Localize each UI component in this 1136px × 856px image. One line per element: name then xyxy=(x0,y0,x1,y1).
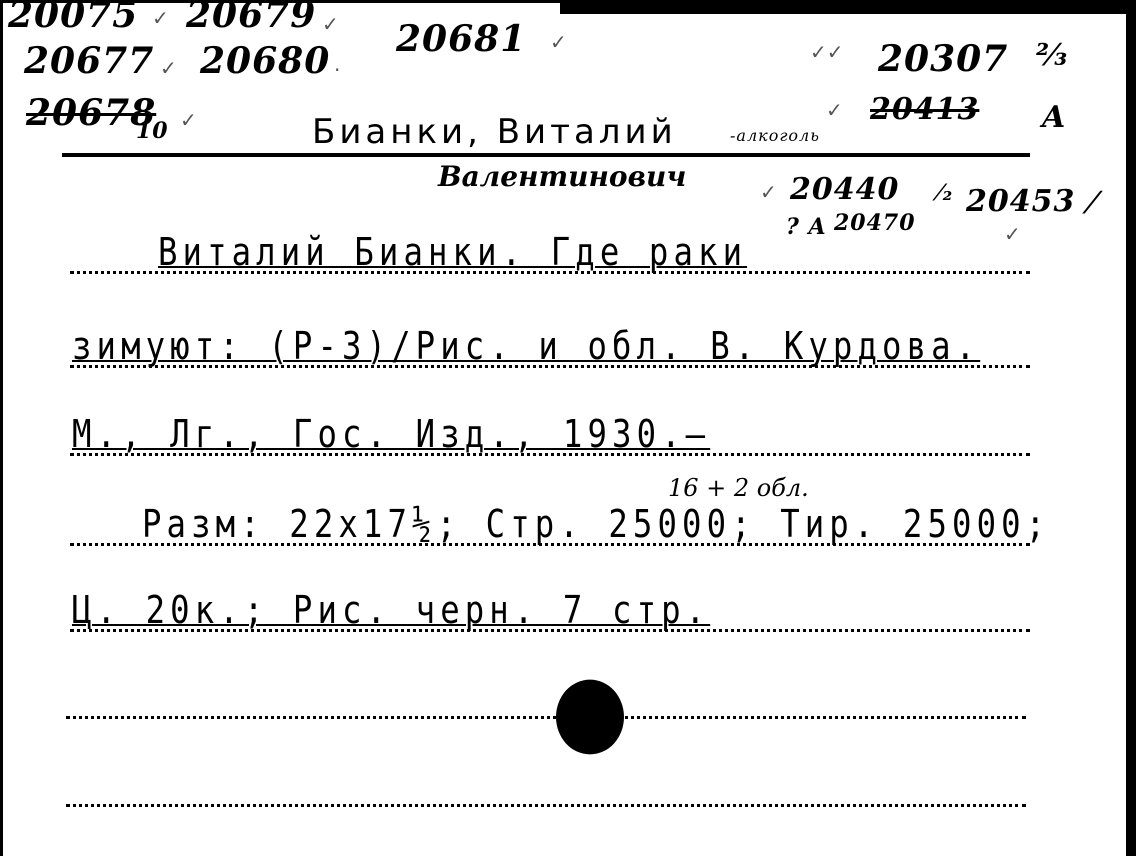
inventory-number: 20307 xyxy=(878,38,1008,80)
inventory-number: 20679 xyxy=(186,0,316,36)
heading-rule xyxy=(62,153,1030,157)
check-mark-icon: ✓✓ xyxy=(810,40,844,64)
catalog-card: 20075 ✓ 20679 ✓ 20681 ✓ 20677 ✓ 20680 · … xyxy=(0,0,1136,856)
inventory-number: 20413 xyxy=(870,92,979,127)
punch-hole xyxy=(556,680,624,755)
blank-dotted-line xyxy=(66,804,1026,807)
author-annotation: -алкоголь xyxy=(730,126,820,145)
inventory-correction: 10 xyxy=(136,118,169,144)
check-mark-icon: ✓ xyxy=(152,6,169,30)
entry-line: Разм: 22x17½; Стр. 25000; Тир. 25000; xyxy=(70,500,1030,552)
entry-text: Ц. 20к.; Рис. черн. 7 стр. xyxy=(72,588,710,632)
entry-line: М., Лг., Гос. Изд., 1930.— xyxy=(70,410,1030,462)
entry-text: Виталий Бианки. Где раки xyxy=(158,230,747,274)
card-edge-left xyxy=(0,0,3,856)
card-edge-top xyxy=(560,0,1136,14)
entry-line: зимуют: (Р-3)/Рис. и обл. В. Курдова. xyxy=(70,322,1030,374)
blank-dotted-line xyxy=(66,716,1026,719)
author-heading: Бианки, Виталий xyxy=(312,112,677,152)
card-edge-right xyxy=(1126,0,1136,856)
inventory-number: 20681 xyxy=(396,18,526,60)
check-mark-icon: ✓ xyxy=(180,108,197,132)
inventory-number: 20680 xyxy=(200,40,330,82)
page-count-annotation: 16 + 2 обл. xyxy=(668,474,809,502)
check-mark-icon: ✓ xyxy=(826,98,843,122)
inventory-fraction: ⁄₂ xyxy=(938,180,953,206)
inventory-number: 20453 xyxy=(966,184,1075,219)
inventory-number: 20677 xyxy=(24,40,154,82)
entry-text: Разм: 22x17½; Стр. 25000; Тир. 25000; xyxy=(142,502,1050,546)
inventory-suffix: A xyxy=(1042,100,1066,135)
check-mark-icon: ✓ xyxy=(760,180,777,204)
mark: · xyxy=(334,58,340,82)
entry-text: зимуют: (Р-3)/Рис. и обл. В. Курдова. xyxy=(72,324,980,368)
check-mark-icon: ✓ xyxy=(322,12,339,36)
author-patronymic: Валентинович xyxy=(438,160,686,193)
inventory-fraction: ⅔ xyxy=(1036,38,1068,73)
inventory-fraction: ⁄ xyxy=(1090,186,1096,221)
check-mark-icon: ✓ xyxy=(160,56,177,80)
entry-text: М., Лг., Гос. Изд., 1930.— xyxy=(72,412,710,456)
inventory-number: 20075 xyxy=(8,0,138,36)
inventory-number: 20440 xyxy=(790,172,899,207)
entry-line: Виталий Бианки. Где раки xyxy=(70,228,1030,280)
check-mark-icon: ✓ xyxy=(550,30,567,54)
entry-line: Ц. 20к.; Рис. черн. 7 стр. xyxy=(70,586,1030,638)
